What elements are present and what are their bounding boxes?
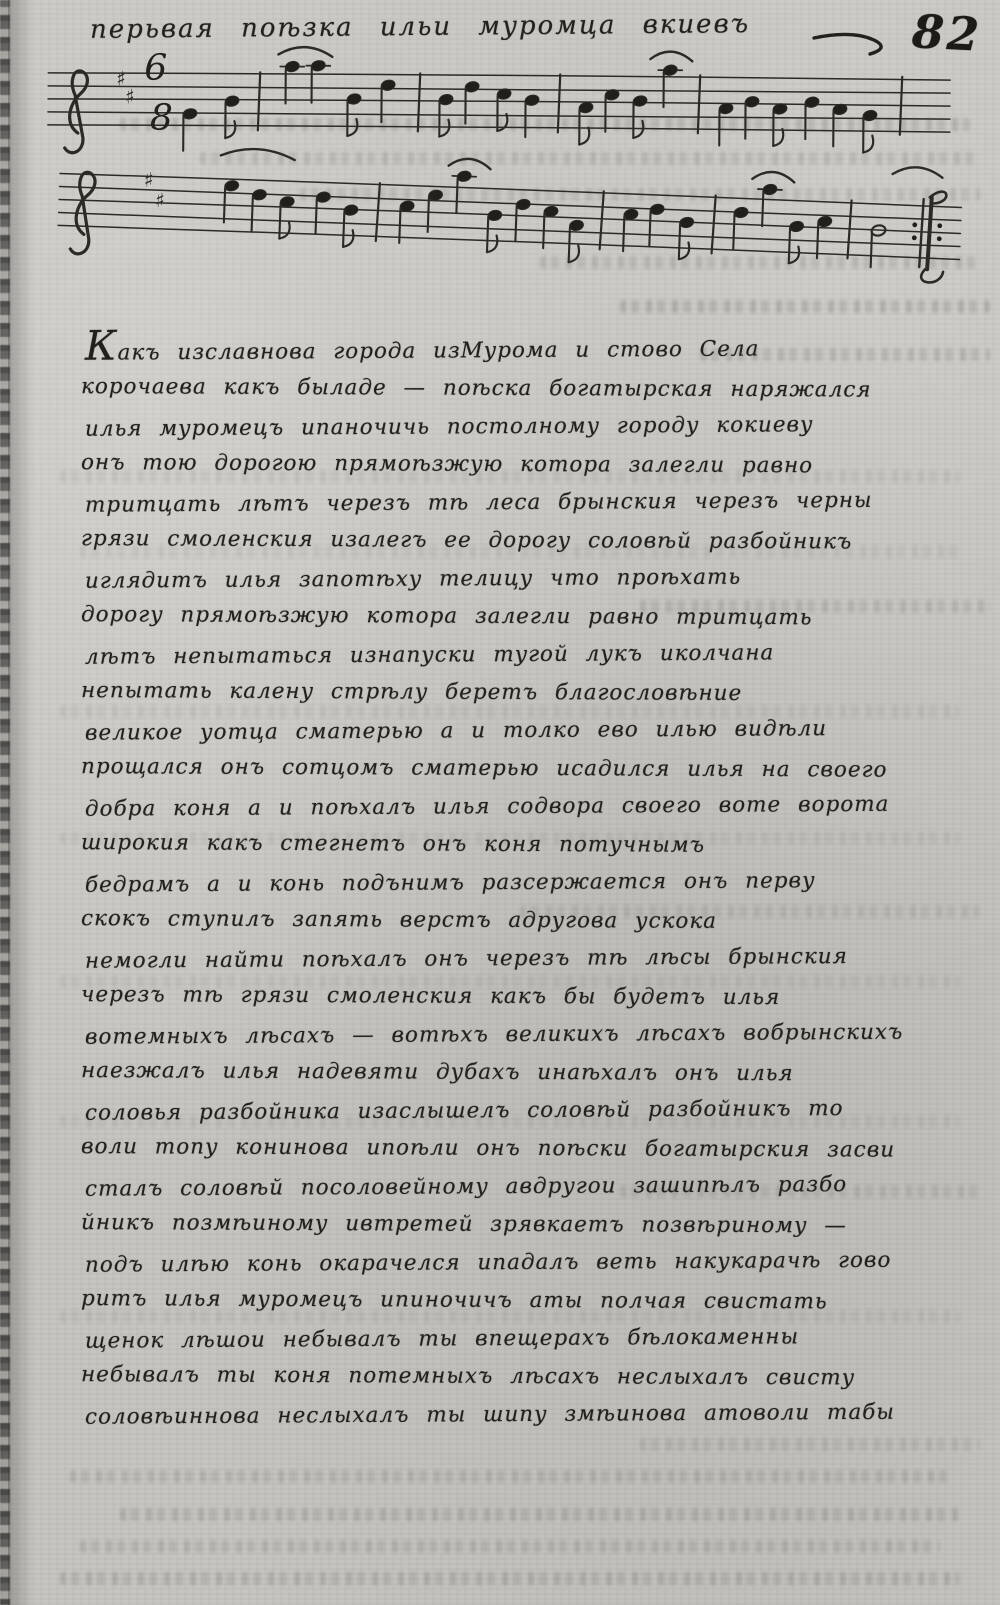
bleed-through-band [300, 188, 980, 201]
text-line: добра коня а и поѣхалъ илья содвора свое… [85, 785, 965, 828]
stave-1-notation: ♯♯68 [40, 52, 960, 164]
text-line: воли топу конинова ипоѣли онъ поѣски бог… [81, 1128, 961, 1170]
bleed-through-band [60, 705, 960, 718]
bleed-through-band [640, 600, 990, 613]
svg-text:♯: ♯ [155, 188, 166, 212]
text-line: прощался онъ сотцомъ сматерью исадился и… [81, 748, 961, 790]
bleed-through-band [520, 905, 980, 918]
bleed-through-band [70, 1470, 950, 1483]
bleed-through-band [60, 975, 960, 988]
stave-2-notation: ♯♯ [48, 151, 973, 325]
text-line: соловѣиннова неслыхалъ ты шипу змѣинова … [85, 1393, 965, 1436]
bleed-through-band [200, 152, 980, 165]
svg-text:♯: ♯ [143, 168, 154, 192]
bleed-through-band [60, 1310, 960, 1323]
text-line: йникъ позмѣиному ивтретей зрявкаетъ позв… [81, 1204, 961, 1246]
music-stave-2: ♯♯ [48, 151, 973, 325]
text-line: вотемныхъ лѣсахъ — вотѣхъ великихъ лѣсах… [85, 1013, 965, 1056]
bleed-through-band [80, 545, 960, 558]
bleed-through-band [120, 1508, 960, 1521]
bleed-through-band [640, 1438, 980, 1451]
page-title: перьвая поѣзка ильи муромца вкиевъ [90, 9, 750, 45]
manuscript-page: перьвая поѣзка ильи муромца вкиевъ 82 ♯♯… [0, 0, 1000, 1605]
text-line: корочаева какъ быладе — поѣска богатырск… [81, 368, 961, 410]
bleed-through-band [60, 1572, 960, 1585]
bleed-through-band [620, 1185, 980, 1198]
manuscript-text: Какъ изславнова города изМурома и стово … [85, 332, 965, 1434]
text-line: щенок лѣшои небывалъ ты впещерахъ бѣлока… [85, 1317, 965, 1360]
bleed-through-band [620, 300, 990, 313]
text-line: наезжалъ илья надевяти дубахъ инаѣхалъ о… [81, 1052, 961, 1094]
music-stave-1: ♯♯68 [40, 52, 960, 164]
svg-text:♯: ♯ [125, 84, 135, 108]
bleed-through-band [60, 1115, 960, 1128]
bleed-through-band [540, 256, 980, 269]
svg-text:6: 6 [144, 48, 167, 89]
bleed-through-band [700, 348, 990, 361]
text-line: лѣтъ непытаться изнапуски тугой лукъ ико… [85, 633, 965, 676]
text-line: бедрамъ а и конь подънимъ разсержается о… [85, 861, 965, 904]
text-line: илья муромецъ ипаночичь постолному город… [85, 405, 965, 448]
page-left-edge-shadow [8, 0, 34, 1605]
bleed-through-band [80, 1540, 940, 1553]
text-line: небывалъ ты коня потемныхъ лѣсахъ неслых… [81, 1356, 961, 1398]
text-line: тритцать лѣтъ черезъ тѣ леса брынския че… [85, 481, 965, 524]
text-line: подъ илѣю конь окарачелся ипадалъ веть н… [85, 1241, 965, 1284]
text-line: иглядитъ илья запотѣху телицу что проѣха… [85, 557, 965, 600]
bleed-through-band [60, 832, 960, 845]
bleed-through-band [120, 118, 970, 131]
bleed-through-band [60, 470, 960, 483]
